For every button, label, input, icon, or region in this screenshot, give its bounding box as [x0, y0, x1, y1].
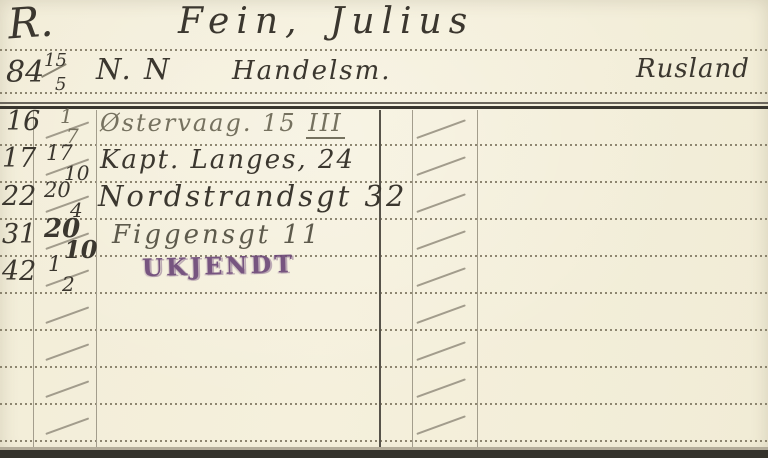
person-name: Fein, Julius — [178, 4, 474, 40]
row-year: 42 — [2, 258, 36, 285]
row-dotted-line — [0, 366, 768, 368]
row-year: 17 — [2, 145, 36, 172]
nationality: Rusland — [636, 56, 750, 82]
row-dotted-line — [0, 292, 768, 294]
register-mark: R. — [7, 0, 55, 45]
row-date-den: 10 — [64, 238, 97, 262]
ukjendt-stamp: UKJENDT — [142, 249, 296, 282]
row-date-den: 2 — [62, 274, 75, 294]
diagonal-mark — [416, 156, 466, 176]
row-address: Kapt. Langes, 24 — [100, 147, 355, 173]
diagonal-mark — [416, 230, 466, 250]
row-year: 22 — [2, 183, 36, 210]
row-date-num: 1 — [48, 254, 61, 275]
column-rule-address — [379, 110, 381, 450]
row-dotted-line — [0, 440, 768, 442]
initials-mark: N. N — [96, 55, 171, 84]
diagonal-mark — [416, 304, 466, 324]
diagonal-mark — [45, 343, 89, 361]
diagonal-mark — [416, 378, 466, 398]
row-date-num: 1 — [60, 106, 73, 126]
row-address: Figgensgt 11 — [112, 222, 322, 248]
card-bottom-edge — [0, 450, 768, 458]
row-date-num: 20 — [44, 180, 71, 201]
diagonal-mark — [45, 417, 89, 435]
row-year: 31 — [2, 221, 36, 248]
diagonal-mark — [416, 267, 466, 287]
diagonal-mark — [416, 415, 466, 435]
column-rule-narrow — [412, 110, 413, 450]
diagonal-mark — [416, 193, 466, 213]
column-rule-date — [96, 110, 97, 450]
row-dotted-line — [0, 329, 768, 331]
header-date-numerator: 15 — [44, 52, 67, 70]
header-dotted-line-2 — [0, 92, 768, 94]
diagonal-mark — [45, 306, 89, 324]
diagonal-mark — [416, 119, 466, 139]
row-year: 16 — [6, 108, 40, 135]
floor-numeral: III — [306, 109, 344, 139]
diagonal-mark — [45, 380, 89, 398]
row-address: Nordstrandsgt 32 — [98, 182, 407, 211]
diagonal-mark — [416, 341, 466, 361]
header-date-denominator: 5 — [55, 76, 66, 94]
card-number: 84 — [6, 58, 44, 88]
column-rule-slashcol — [477, 110, 478, 450]
row-dotted-line — [0, 255, 768, 257]
header-dotted-line-1 — [0, 49, 768, 51]
occupation: Handelsm. — [232, 58, 392, 84]
row-address: Østervaag. 15 III — [100, 111, 345, 135]
row-dotted-line — [0, 403, 768, 405]
header-rule-top — [0, 102, 768, 104]
index-card: R. Fein, Julius 84 15 5 N. N Handelsm. R… — [0, 0, 768, 458]
